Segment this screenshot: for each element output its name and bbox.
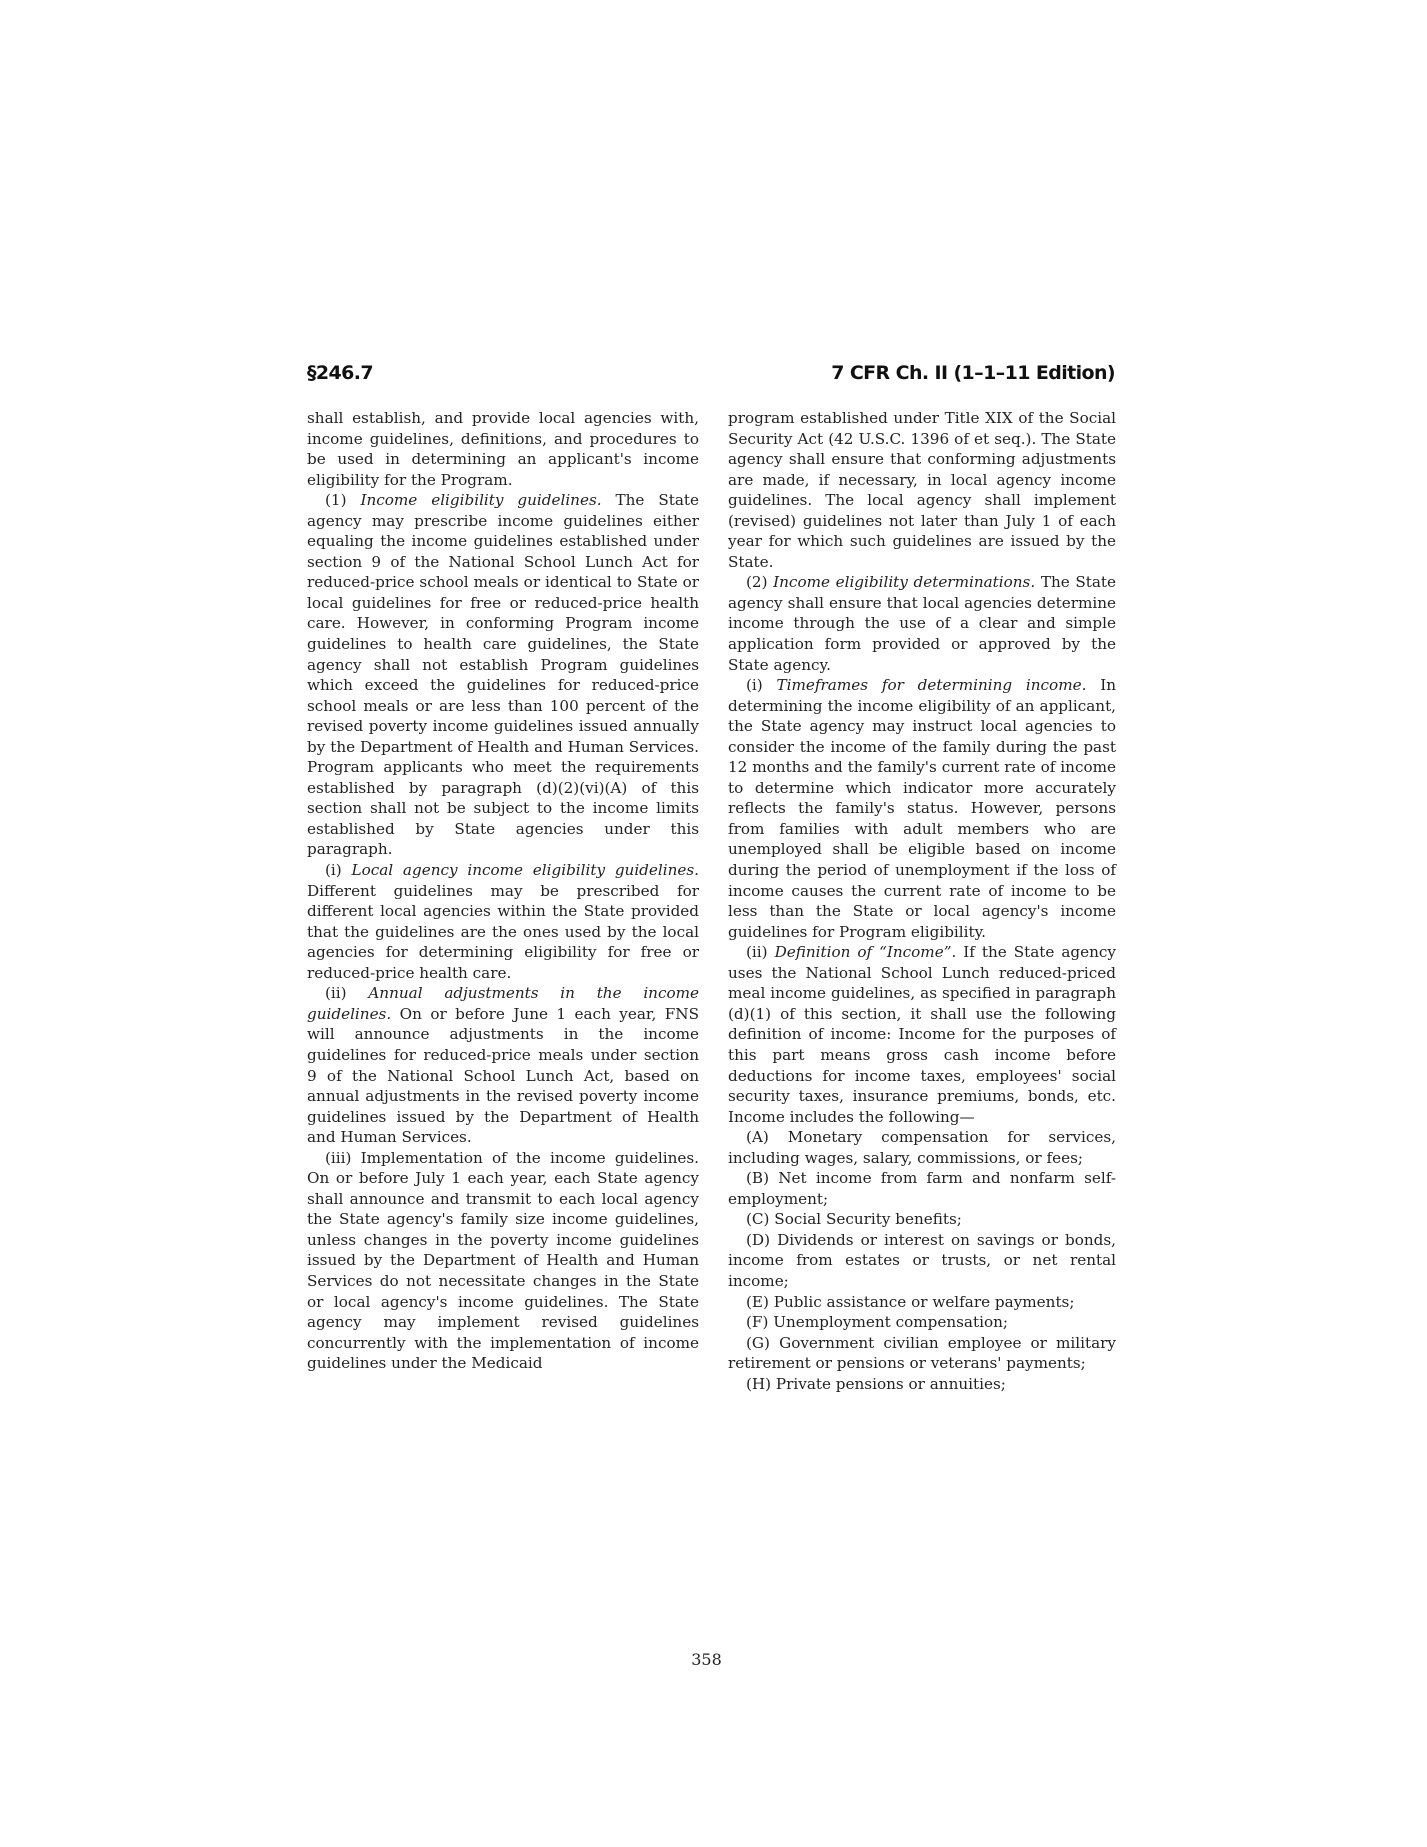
section-number: §246.7: [307, 362, 373, 384]
paragraph: program established under Title XIX of t…: [728, 408, 1116, 572]
paragraph-heading: Definition of “Income”.: [775, 943, 957, 961]
income-item: (G) Government civilian employee or mili…: [728, 1333, 1116, 1374]
paragraph-implementation: (iii) Implementation of the income guide…: [307, 1148, 699, 1374]
paragraph-text: In determining the income eligibility of…: [728, 676, 1116, 941]
paragraph-heading: Income eligibility guidelines.: [360, 491, 601, 509]
paragraph-heading: Timeframes for determining income.: [777, 676, 1087, 694]
paragraph-text: Different guidelines may be prescribed f…: [307, 882, 699, 982]
cfr-edition: 7 CFR Ch. II (1–1–11 Edition): [831, 362, 1115, 384]
paragraph-timeframes: (i) Timeframes for determining income. I…: [728, 675, 1116, 942]
paragraph-text: If the State agency uses the National Sc…: [728, 943, 1116, 1125]
paragraph-heading: Income eligibility determinations.: [773, 573, 1035, 591]
income-item: (C) Social Security benefits;: [728, 1209, 1116, 1230]
page-header: §246.7 7 CFR Ch. II (1–1–11 Edition): [307, 362, 1115, 390]
income-item: (H) Private pensions or annuities;: [728, 1374, 1116, 1395]
income-item: (A) Monetary compensation for services, …: [728, 1127, 1116, 1168]
paragraph-heading: Local agency income eligibility guidelin…: [352, 861, 700, 879]
income-item: (D) Dividends or interest on savings or …: [728, 1230, 1116, 1292]
paragraph-label: (ii): [325, 984, 347, 1002]
paragraph-income-eligibility-determinations: (2) Income eligibility determinations. T…: [728, 572, 1116, 675]
paragraph-text: On or before June 1 each year, FNS will …: [307, 1005, 699, 1146]
paragraph-text: The State agency may prescribe income gu…: [307, 491, 699, 858]
right-column: program established under Title XIX of t…: [728, 408, 1116, 1394]
paragraph-label: (i): [746, 676, 763, 694]
income-item: (B) Net income from farm and nonfarm sel…: [728, 1168, 1116, 1209]
income-item: (E) Public assistance or welfare payment…: [728, 1292, 1116, 1313]
paragraph: shall establish, and provide local agenc…: [307, 408, 699, 490]
page-number: 358: [0, 1650, 1413, 1669]
left-column: shall establish, and provide local agenc…: [307, 408, 699, 1374]
income-item: (F) Unemployment compensation;: [728, 1312, 1116, 1333]
paragraph-local-agency-guidelines: (i) Local agency income eligibility guid…: [307, 860, 699, 983]
paragraph-label: (2): [746, 573, 768, 591]
paragraph-label: (i): [325, 861, 342, 879]
paragraph-label: (1): [325, 491, 347, 509]
paragraph-annual-adjustments: (ii) Annual adjustments in the income gu…: [307, 983, 699, 1147]
paragraph-label: (ii): [746, 943, 768, 961]
paragraph-income-eligibility-guidelines: (1) Income eligibility guidelines. The S…: [307, 490, 699, 860]
paragraph-definition-of-income: (ii) Definition of “Income”. If the Stat…: [728, 942, 1116, 1127]
